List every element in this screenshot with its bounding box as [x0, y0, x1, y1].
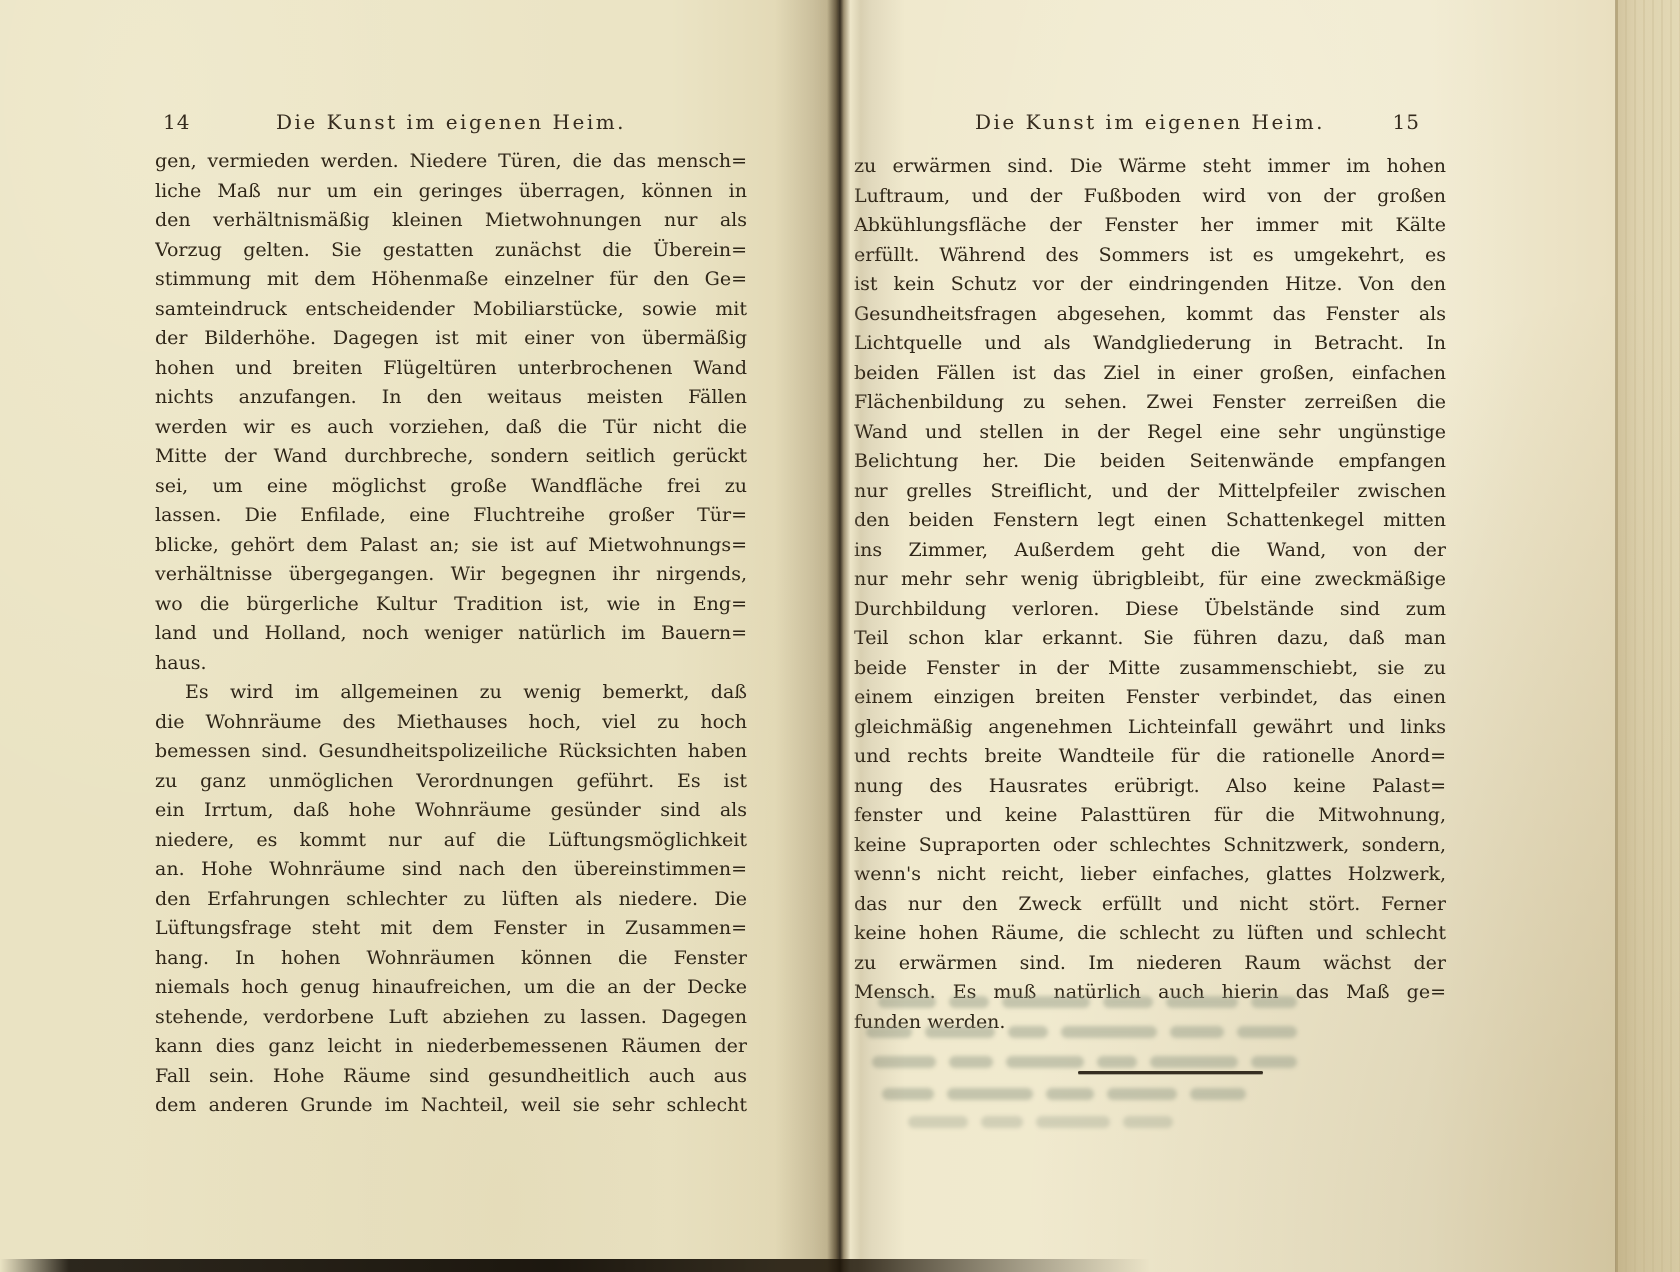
text-line: Lichtquelle und als Wandgliederung in Be… — [854, 329, 1446, 359]
running-head-left: 14 Die Kunst im eigenen Heim. — [155, 110, 747, 140]
text-line: den Erfahrungen schlechter zu lüften als… — [155, 885, 747, 915]
text-line: Abkühlungsfläche der Fenster her immer m… — [854, 211, 1446, 241]
page-number-right: 15 — [1393, 110, 1420, 134]
page-right: Die Kunst im eigenen Heim. 15 zu erwärme… — [838, 0, 1680, 1272]
text-line: nichts anzufangen. In den weitaus meiste… — [155, 383, 747, 413]
text-line: den beiden Fenstern legt einen Schattenk… — [854, 506, 1446, 536]
text-line: keine hohen Räume, die schlecht zu lüfte… — [854, 919, 1446, 949]
text-line: nur grelles Streiflicht, und der Mittelp… — [854, 477, 1446, 507]
text-line: hohen und breiten Flügeltüren unterbroch… — [155, 354, 747, 384]
text-line: nung des Hausrates erübrigt. Also keine … — [854, 772, 1446, 802]
bleedthrough-text — [866, 1026, 1297, 1038]
text-line: wenn's nicht reicht, lieber einfaches, g… — [854, 860, 1446, 890]
text-line: beide Fenster in der Mitte zusammenschie… — [854, 654, 1446, 684]
text-line: hang. In hohen Wohnräumen können die Fen… — [155, 944, 747, 974]
text-line: einem einzigen breiten Fenster verbindet… — [854, 683, 1446, 713]
bleedthrough-text — [882, 1088, 1246, 1100]
text-line: Durchbildung verloren. Diese Übelstände … — [854, 595, 1446, 625]
text-line: blicke, gehört dem Palast an; sie ist au… — [155, 531, 747, 561]
bleedthrough-text — [872, 1056, 1297, 1068]
text-line: ein Irrtum, daß hohe Wohnräume gesünder … — [155, 796, 747, 826]
text-line: gleichmäßig angenehmen Lichteinfall gewä… — [854, 713, 1446, 743]
text-line: bemessen sind. Gesundheitspolizeiliche R… — [155, 737, 747, 767]
running-head-right: Die Kunst im eigenen Heim. 15 — [854, 110, 1446, 140]
text-line: zu erwärmen sind. Im niederen Raum wächs… — [854, 949, 1446, 979]
text-line: beiden Fällen ist das Ziel in einer groß… — [854, 359, 1446, 389]
text-line: sei, um eine möglichst große Wandfläche … — [155, 472, 747, 502]
text-line: land und Holland, noch weniger natürlich… — [155, 619, 747, 649]
text-line: Belichtung her. Die beiden Seitenwände e… — [854, 447, 1446, 477]
text-line: wo die bürgerliche Kultur Tradition ist,… — [155, 590, 747, 620]
page-left: 14 Die Kunst im eigenen Heim. gen, vermi… — [0, 0, 838, 1272]
text-line: ins Zimmer, Außerdem geht die Wand, von … — [854, 536, 1446, 566]
book-scan: 14 Die Kunst im eigenen Heim. gen, vermi… — [0, 0, 1680, 1272]
text-line: Wand und stellen in der Regel eine sehr … — [854, 418, 1446, 448]
text-line: an. Hohe Wohnräume sind nach den überein… — [155, 855, 747, 885]
text-line: zu ganz unmöglichen Verordnungen geführt… — [155, 767, 747, 797]
bleedthrough-text — [908, 1116, 1173, 1128]
text-line: niedere, es kommt nur auf die Lüftungsmö… — [155, 826, 747, 856]
bleedthrough-text — [878, 996, 1297, 1008]
text-line: niemals hoch genug hinaufreichen, um die… — [155, 973, 747, 1003]
text-line: Gesundheitsfragen abgesehen, kommt das F… — [854, 300, 1446, 330]
text-line: Luftraum, und der Fußboden wird von der … — [854, 182, 1446, 212]
text-line: Es wird im allgemeinen zu wenig bemerkt,… — [155, 678, 747, 708]
text-line: stehende, verdorbene Luft abziehen zu la… — [155, 1003, 747, 1033]
text-block-right: zu erwärmen sind. Die Wärme steht immer … — [854, 152, 1446, 1037]
text-line: liche Maß nur um ein geringes überragen,… — [155, 177, 747, 207]
running-title-left: Die Kunst im eigenen Heim. — [155, 110, 747, 134]
text-line: das nur den Zweck erfüllt und nicht stör… — [854, 890, 1446, 920]
text-line: kann dies ganz leicht in niederbemessene… — [155, 1032, 747, 1062]
text-line: werden wir es auch vorziehen, daß die Tü… — [155, 413, 747, 443]
text-line: verhältnisse übergegangen. Wir begegnen … — [155, 560, 747, 590]
text-line: erfüllt. Während des Sommers ist es umge… — [854, 241, 1446, 271]
text-line: dem anderen Grunde im Nachteil, weil sie… — [155, 1091, 747, 1121]
text-line: den verhältnismäßig kleinen Mietwohnunge… — [155, 206, 747, 236]
text-line: ist kein Schutz vor der eindringenden Hi… — [854, 270, 1446, 300]
text-line: stimmung mit dem Höhenmaße einzelner für… — [155, 265, 747, 295]
text-block-left: gen, vermieden werden. Niedere Türen, di… — [155, 147, 747, 1121]
text-line: Flächenbildung zu sehen. Zwei Fenster ze… — [854, 388, 1446, 418]
text-line: gen, vermieden werden. Niedere Türen, di… — [155, 147, 747, 177]
text-line: haus. — [155, 649, 747, 679]
text-line: samteindruck entscheidender Mobiliarstüc… — [155, 295, 747, 325]
section-divider-rule — [1078, 1071, 1263, 1074]
text-line: und rechts breite Wandteile für die rati… — [854, 742, 1446, 772]
text-line: Mitte der Wand durchbreche, sondern seit… — [155, 442, 747, 472]
text-line: Fall sein. Hohe Räume sind gesundheitlic… — [155, 1062, 747, 1092]
text-line: keine Supraporten oder schlechtes Schnit… — [854, 831, 1446, 861]
text-line: fenster und keine Palasttüren für die Mi… — [854, 801, 1446, 831]
text-line: nur mehr sehr wenig übrigbleibt, für ein… — [854, 565, 1446, 595]
text-line: Lüftungsfrage steht mit dem Fenster in Z… — [155, 914, 747, 944]
text-line: die Wohnräume des Miethauses hoch, viel … — [155, 708, 747, 738]
text-line: Vorzug gelten. Sie gestatten zunächst di… — [155, 236, 747, 266]
running-title-right: Die Kunst im eigenen Heim. — [854, 110, 1446, 134]
text-line: Teil schon klar erkannt. Sie führen dazu… — [854, 624, 1446, 654]
text-line: zu erwärmen sind. Die Wärme steht immer … — [854, 152, 1446, 182]
text-line: lassen. Die Enfilade, eine Fluchtreihe g… — [155, 501, 747, 531]
text-line: der Bilderhöhe. Dagegen ist mit einer vo… — [155, 324, 747, 354]
